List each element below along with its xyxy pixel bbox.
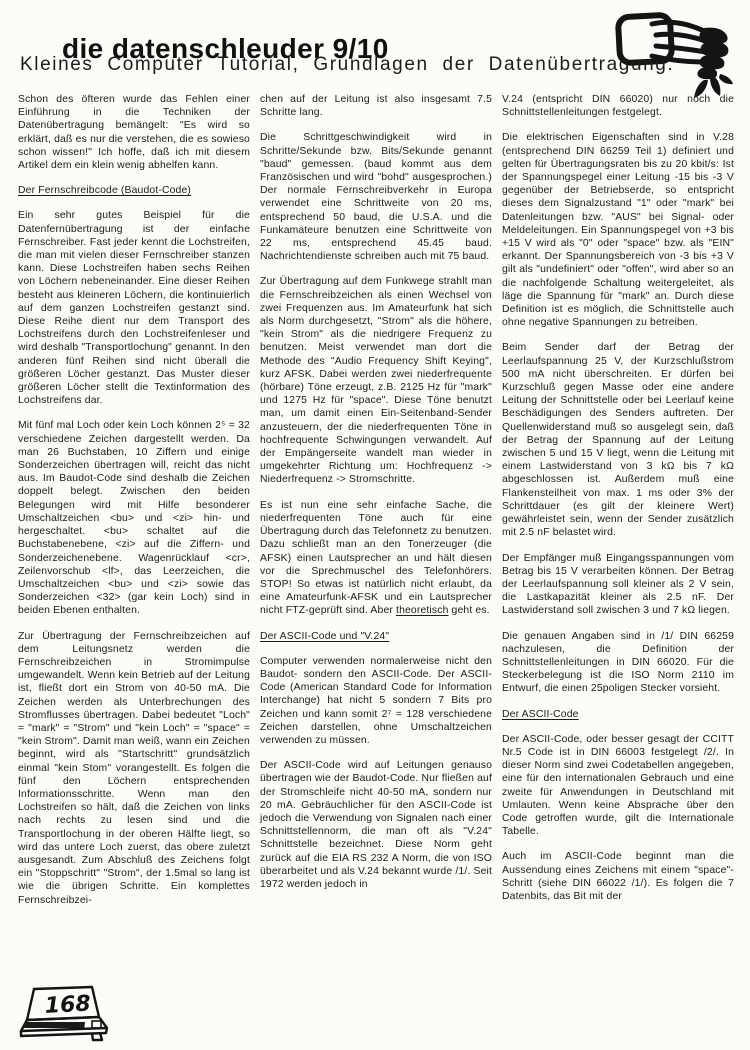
paragraph: Schon des öfteren wurde das Fehlen einer… <box>18 93 250 172</box>
paragraph: Auch im ASCII-Code beginnt man die Ausse… <box>502 850 734 903</box>
magazine-page: die datenschleuder 9/10 Kleines Computer… <box>0 0 750 1050</box>
paragraph: Der Empfänger muß Eingangsspannungen vom… <box>502 552 734 618</box>
computer-terminal-icon: 168 <box>12 984 116 1044</box>
paragraph: Mit fünf mal Loch oder kein Loch können … <box>18 419 250 617</box>
paragraph: V.24 (entspricht DIN 66020) nur noch die… <box>502 93 734 119</box>
paragraph: Die genauen Angaben sind in /1/ DIN 6625… <box>502 630 734 696</box>
section-heading-baudot: Der Fernschreibcode (Baudot-Code) <box>18 184 250 197</box>
paragraph: chen auf der Leitung ist also insgesamt … <box>260 93 492 119</box>
paragraph: Zur Übertragung auf dem Funkwege strahlt… <box>260 275 492 486</box>
paragraph: Es ist nun eine sehr einfache Sache, die… <box>260 499 492 618</box>
column-1: Schon des öfteren wurde das Fehlen einer… <box>18 93 250 919</box>
column-3: V.24 (entspricht DIN 66020) nur noch die… <box>502 93 734 915</box>
underlined-word: theoretisch <box>396 605 448 616</box>
paragraph: Der ASCII-Code, oder besser gesagt der C… <box>502 733 734 839</box>
paragraph: Der ASCII-Code wird auf Leitungen genaus… <box>260 759 492 891</box>
paragraph: Zur Übertragung der Fernschreibzeichen a… <box>18 630 250 907</box>
paragraph: Ein sehr gutes Beispiel für die Datenfer… <box>18 209 250 407</box>
paragraph-text: Es ist nun eine sehr einfache Sache, die… <box>260 500 492 617</box>
section-heading-ascii-code: Der ASCII-Code <box>502 708 734 721</box>
paragraph: Die Schrittgeschwindigkeit wird in Schri… <box>260 131 492 263</box>
paragraph: Beim Sender darf der Betrag der Leerlauf… <box>502 341 734 539</box>
article-body: Schon des öfteren wurde das Fehlen einer… <box>18 93 734 919</box>
paragraph: Die elektrischen Eigenschaften sind in V… <box>502 131 734 329</box>
paragraph-text: geht es. <box>449 605 490 616</box>
paragraph: Computer verwenden normalerweise nicht d… <box>260 655 492 747</box>
section-heading-ascii-v24: Der ASCII-Code und "V.24" <box>260 630 492 643</box>
page-number: 168 <box>44 992 91 1019</box>
article-title: Kleines Computer Tutorial, Grundlagen de… <box>20 54 720 76</box>
column-2: chen auf der Leitung ist also insgesamt … <box>260 93 492 903</box>
